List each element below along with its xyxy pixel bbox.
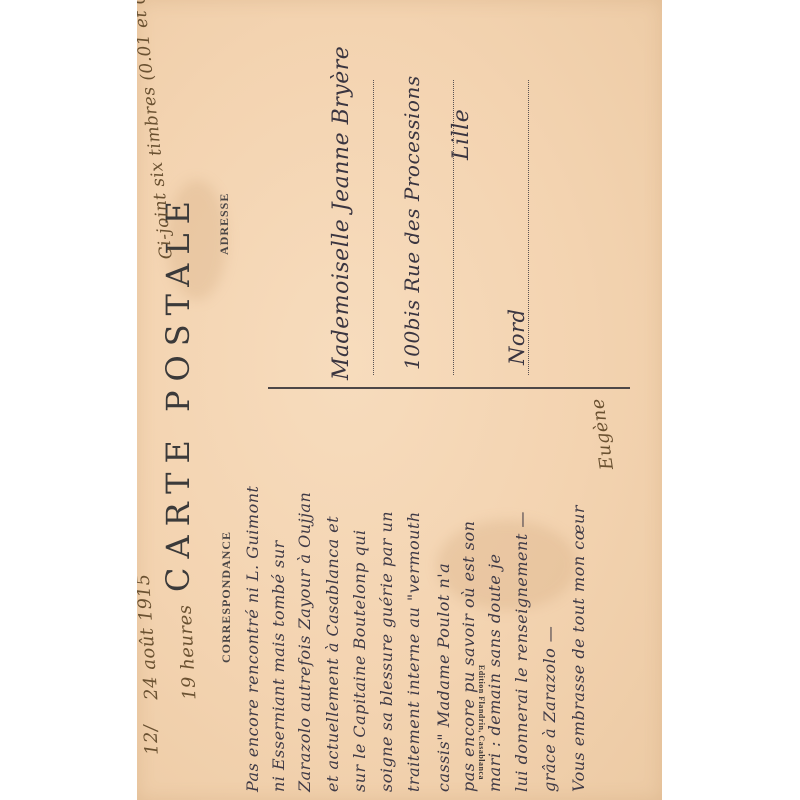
message-line: soigne sa blessure guérie par un xyxy=(377,511,396,792)
address-region: Nord xyxy=(505,309,529,366)
message-line: Vous embrasse de tout mon cœur xyxy=(569,505,588,792)
message-line: grâce à Zarazolo — xyxy=(540,626,559,792)
message-line: sur le Capitaine Boutelonp qui xyxy=(350,529,369,792)
message-line: Zarazolo autrefois Zayour à Oujjan xyxy=(295,492,314,792)
signature: Eugène xyxy=(587,397,618,471)
time-note: 19 heures xyxy=(175,604,201,700)
address-recipient: Mademoiselle Jeanne Bryère xyxy=(329,46,354,380)
center-divider xyxy=(268,387,630,389)
postcard: CARTE POSTALE CORRESPONDANCE ADRESSE 12/… xyxy=(137,0,662,800)
message-line: et actuellement à Casablanca et xyxy=(323,516,342,792)
message-line: pas encore pu savoir où est son xyxy=(459,521,478,792)
message-line: cassis" Madame Poulot n'a xyxy=(434,563,453,792)
date-note: 24 août 1915 xyxy=(137,573,162,701)
address-label: ADRESSE xyxy=(217,193,232,255)
message-line: mari : demain sans doute je xyxy=(485,554,504,792)
correspondence-label: CORRESPONDANCE xyxy=(219,531,234,663)
message-line: ni Esserniant mais tombé sur xyxy=(269,540,288,792)
address-line-1 xyxy=(373,80,374,375)
postcard-landscape-frame: CARTE POSTALE CORRESPONDANCE ADRESSE 12/… xyxy=(137,0,662,800)
enclosure-note: Ci-joint six timbres (0.01 et 0.02) xyxy=(137,0,177,260)
address-street: 100bis Rue des Processions xyxy=(400,75,424,370)
publisher-imprint: Edition Flandrin, Casablanca xyxy=(477,665,486,780)
message-line: traitement interne au "vermouth xyxy=(404,511,423,792)
message-line: Pas encore rencontré ni L. Guimont xyxy=(243,486,262,792)
card-number: 12/ xyxy=(140,724,163,756)
address-city: Lille xyxy=(449,109,474,160)
message-line: lui donnerai le renseignement — xyxy=(512,511,531,792)
